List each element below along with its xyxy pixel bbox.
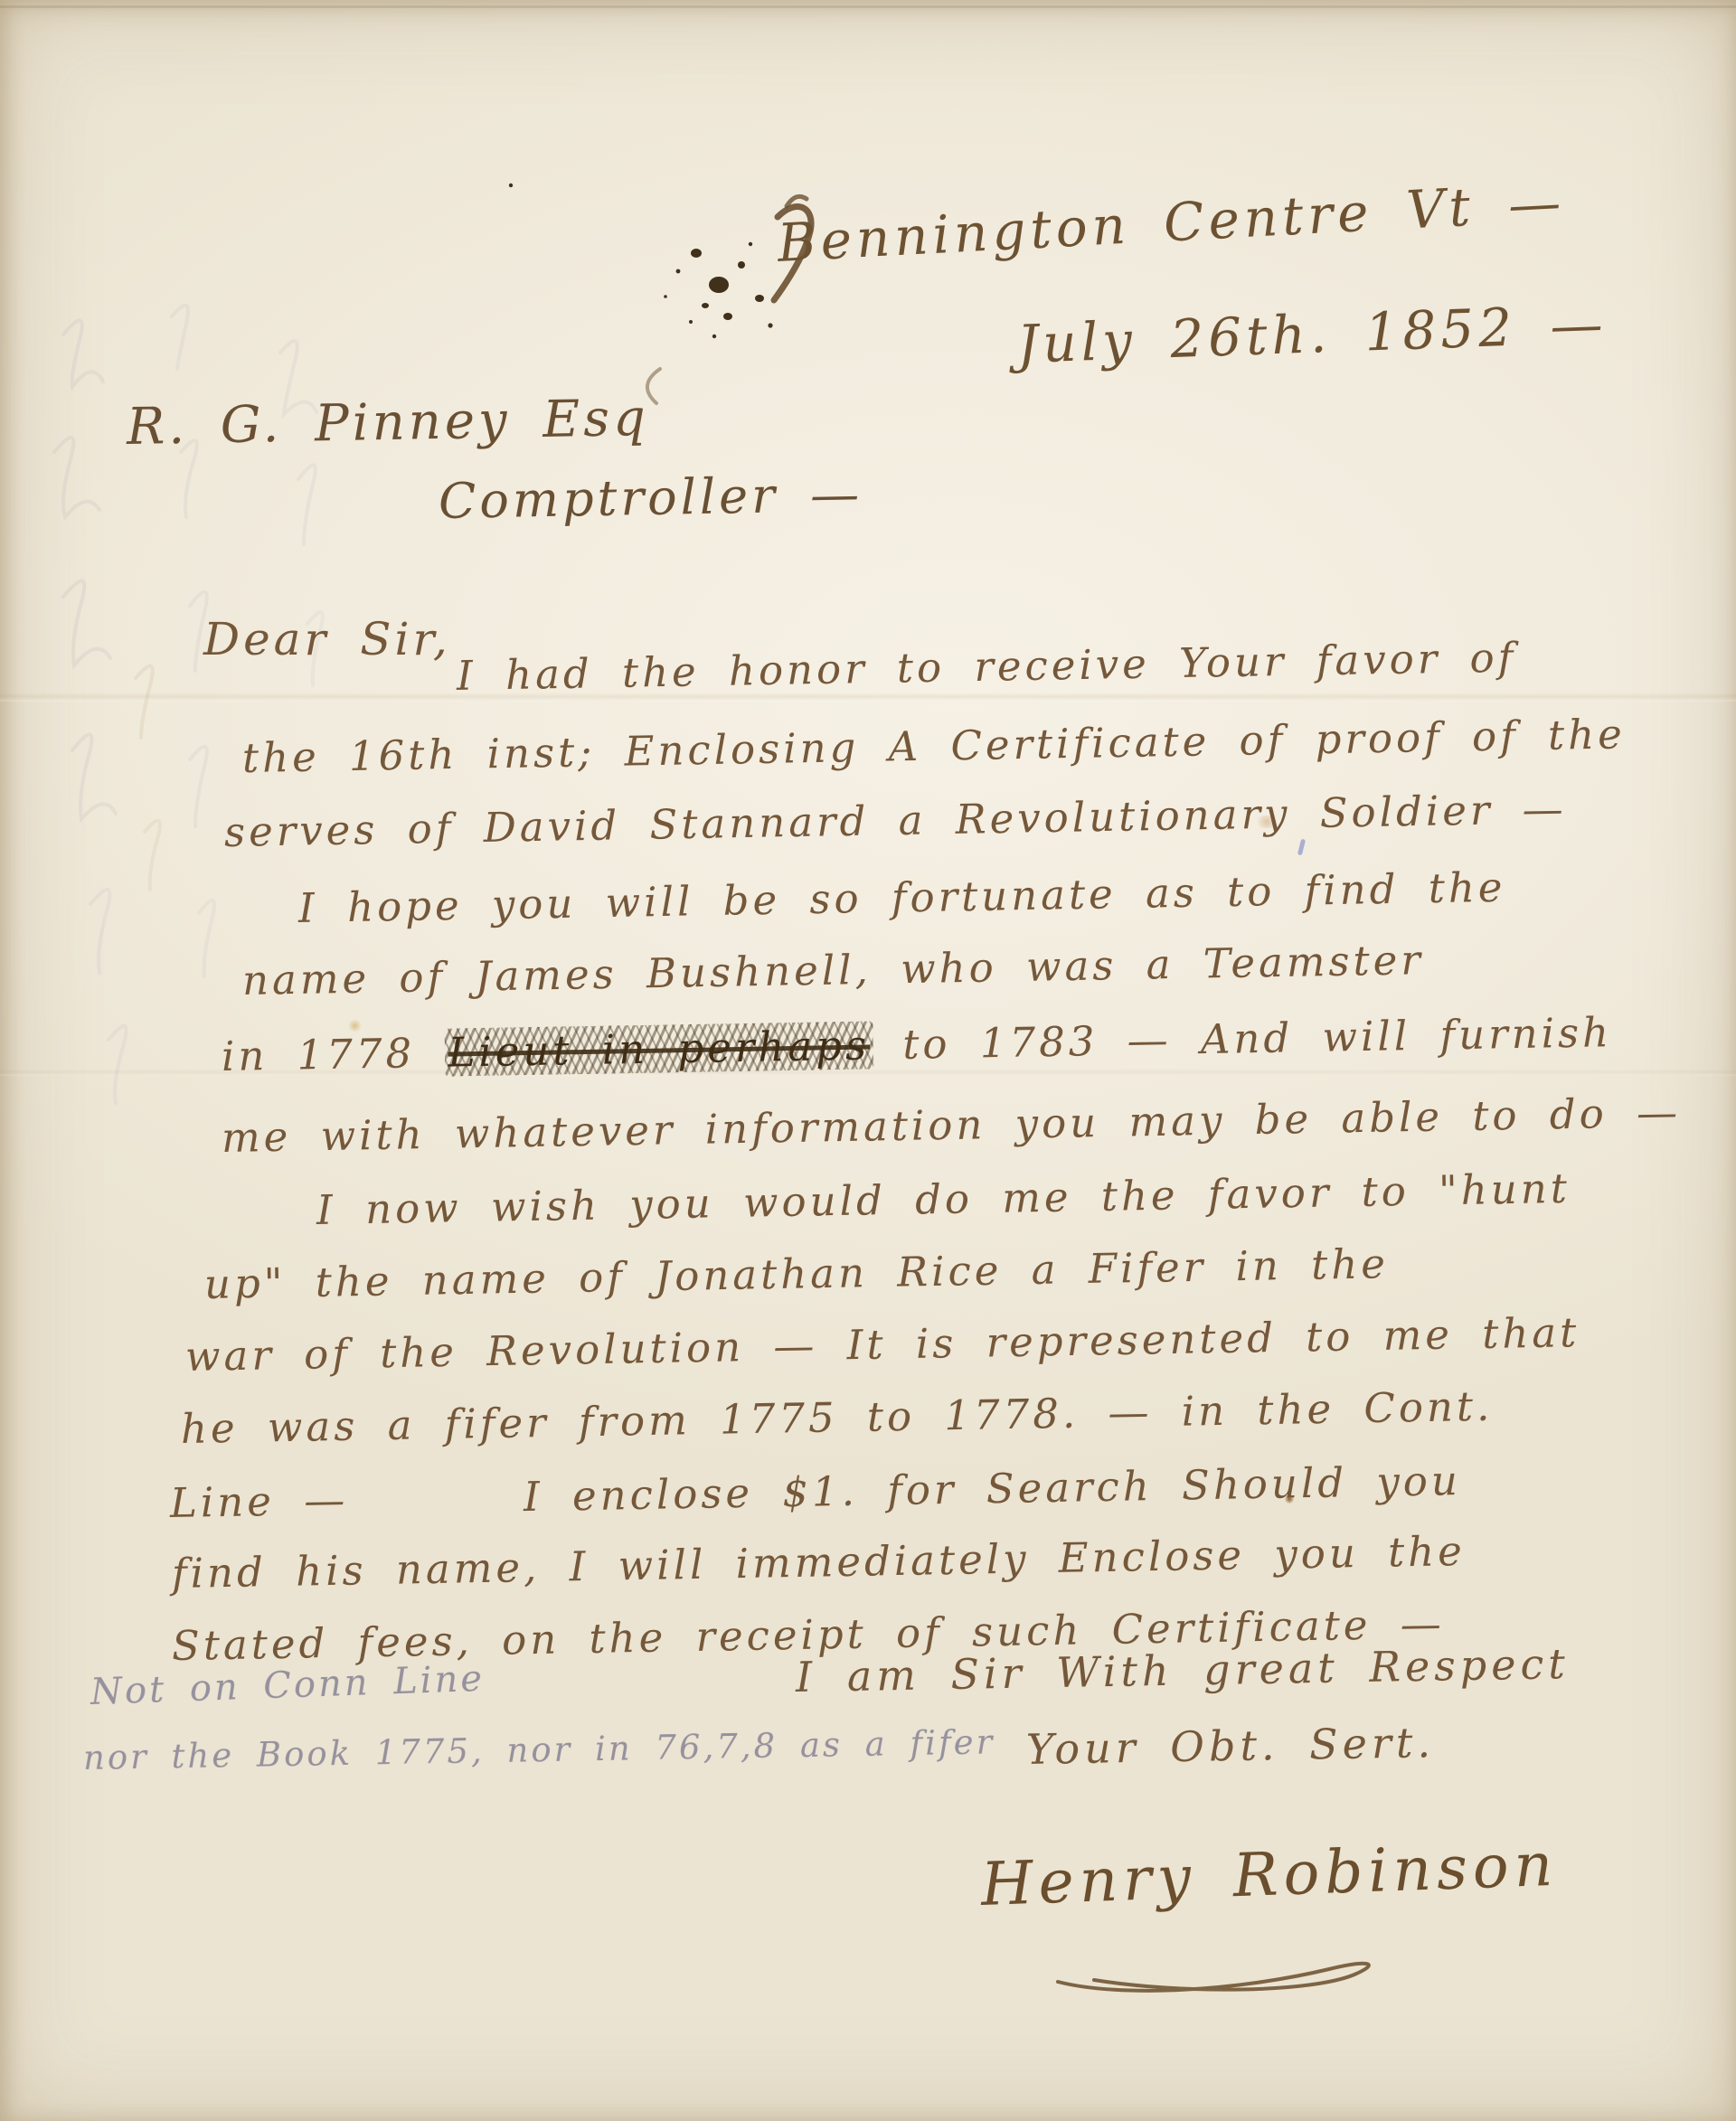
- stain-spot: [1297, 839, 1306, 856]
- body-line-6-struck-text: Lieut in perhaps: [444, 1021, 873, 1076]
- salutation: Dear Sir,: [203, 617, 451, 662]
- body-line-6-prefix: in 1778: [222, 1029, 445, 1080]
- body-line-8: I now wish you would do me the favor to …: [316, 1168, 1571, 1230]
- closing-line-2: Your Obt. Sert.: [1026, 1721, 1436, 1770]
- body-line-5: name of James Bushnell, who was a Teamst…: [242, 939, 1425, 1001]
- heading-date: July 26th. 1852 —: [1016, 297, 1608, 371]
- body-line-6-suffix: to 1783 — And will furnish: [873, 1008, 1613, 1069]
- body-line-2: the 16th inst; Enclosing A Certificate o…: [242, 713, 1627, 778]
- pencil-note-1: Not on Conn Line: [90, 1661, 485, 1711]
- body-line-3: serves of David Stannard a Revolutionary…: [224, 788, 1567, 853]
- body-line-6: in 1778 Lieut in perhaps to 1783 — And w…: [222, 1012, 1613, 1077]
- heading-place: Bennington Centre Vt —: [776, 175, 1566, 269]
- body-line-13: find his name, I will immediately Enclos…: [172, 1531, 1467, 1594]
- body-line-11: he was a fifer from 1775 to 1778. — in t…: [181, 1386, 1494, 1449]
- closing-line-1: I am Sir With great Respect: [796, 1643, 1570, 1698]
- addressee-name: R. G. Pinney Esq: [127, 393, 650, 453]
- paper-top-edge: [0, 5, 1736, 8]
- signature: Henry Robinson: [980, 1835, 1559, 1915]
- letter-page: Bennington Centre Vt — July 26th. 1852 —…: [0, 0, 1736, 2121]
- body-line-9: up" the name of Jonathan Rice a Fifer in…: [204, 1243, 1390, 1305]
- addressee-title: Comptroller —: [439, 470, 863, 526]
- ink-blot: [488, 163, 850, 416]
- fold-crease: [0, 693, 1736, 702]
- body-line-7: me with whatever information you may be …: [222, 1092, 1682, 1158]
- body-line-12: Line — I enclose $1. for Search Should y…: [170, 1460, 1462, 1523]
- body-line-4: I hope you will be so fortunate as to fi…: [298, 867, 1506, 929]
- signature-flourish: [1040, 1935, 1420, 2007]
- body-line-10: war of the Revolution — It is represente…: [185, 1312, 1580, 1377]
- pencil-note-2: nor the Book 1775, nor in 76,7,8 as a fi…: [83, 1725, 995, 1775]
- body-line-1: I had the honor to receive Your favor of: [457, 637, 1517, 696]
